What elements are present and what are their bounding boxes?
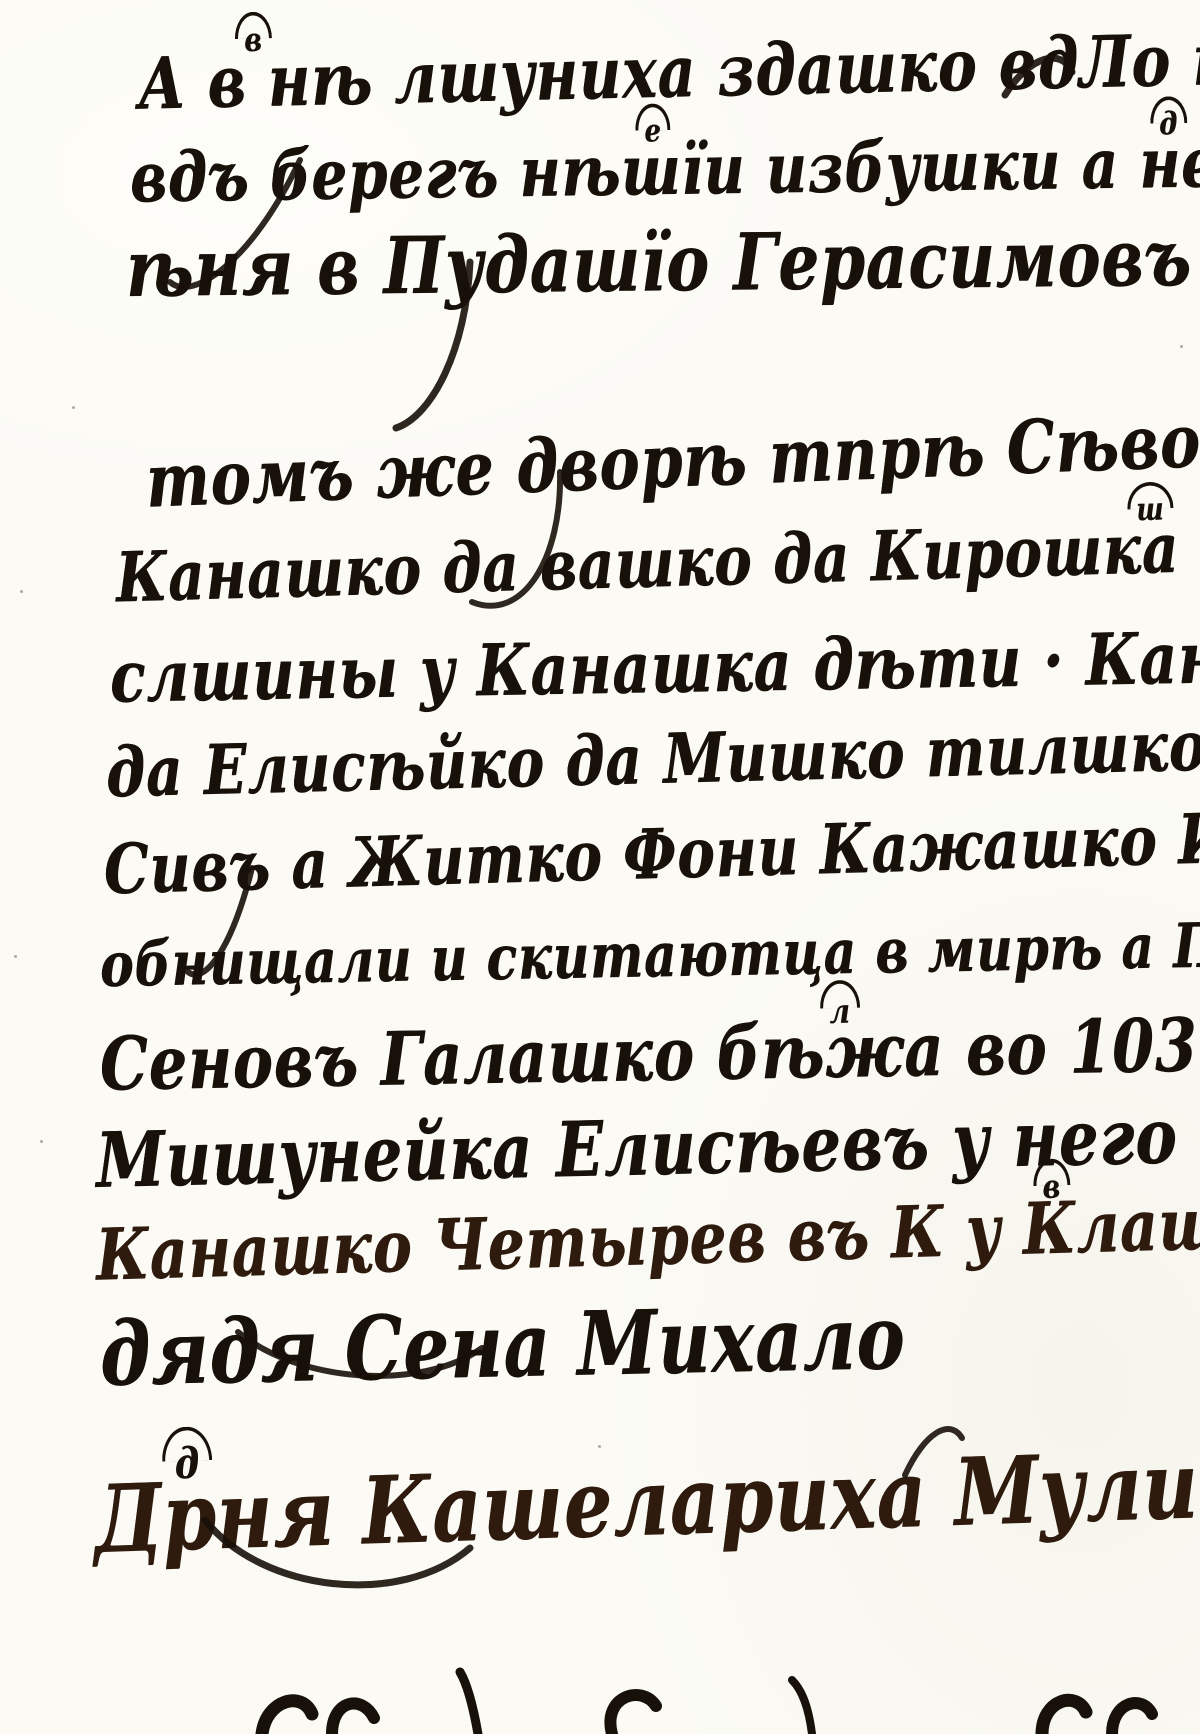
manuscript-line: Канашко да вашко да Кирошка на Киш: [115, 508, 1200, 612]
paper-speck: [598, 1445, 601, 1448]
manuscript-line: Сеновъ Галашко бѣжа во 103 го.лг: [99, 1007, 1200, 1101]
partial-next-line-strokes: [262, 1672, 1152, 1734]
manuscript-line: слшины у Канашка дѣти · Канашко: [109, 619, 1200, 712]
manuscript-line: да Елисѣйко да Мишко тилшко Урванаш: [105, 706, 1200, 808]
manuscript-line: ѣня в Пудашїо Герасимовъ дад: [126, 219, 1200, 309]
manuscript-line: обнищали и скитаютца в мирѣ а Петрушка: [99, 910, 1200, 995]
manuscript-line: томъ же дворѣ тпрѣ Сѣво Жили: [145, 396, 1200, 519]
paper-speck: [14, 955, 17, 958]
manuscript-line: дядя Сена Михало: [99, 1293, 906, 1398]
superscript-letter: е: [644, 117, 662, 149]
superscript-letter: д: [1159, 110, 1178, 142]
paper-speck: [40, 1140, 43, 1143]
superscript-arc: [161, 1426, 212, 1462]
superscript-letter: д: [174, 1444, 201, 1487]
manuscript-line: А в нѣ лшуниха здашко вдЛо направво: [137, 20, 1200, 119]
superscript-letter: в: [244, 26, 263, 59]
superscript-arc: [234, 12, 272, 40]
paper-speck: [20, 590, 23, 593]
manuscript-line: Сивъ а Житко Фони Кажашко Ивашкош: [103, 798, 1200, 904]
superscript-letter: в: [1042, 1172, 1061, 1205]
superscript-letter: л: [829, 994, 851, 1028]
manuscript-line: Дрня Кашелариха Мулино тодв: [93, 1431, 1200, 1567]
paper-speck: [1180, 345, 1183, 348]
manuscript-line: вдъ берегъ нѣшїи избушки а неѣ ираед: [130, 126, 1200, 212]
manuscript-page: А в нѣ лшуниха здашко вдЛо направвовдъ б…: [0, 0, 1200, 1734]
superscript-letter: ш: [1136, 495, 1165, 527]
paper-speck: [72, 406, 75, 409]
